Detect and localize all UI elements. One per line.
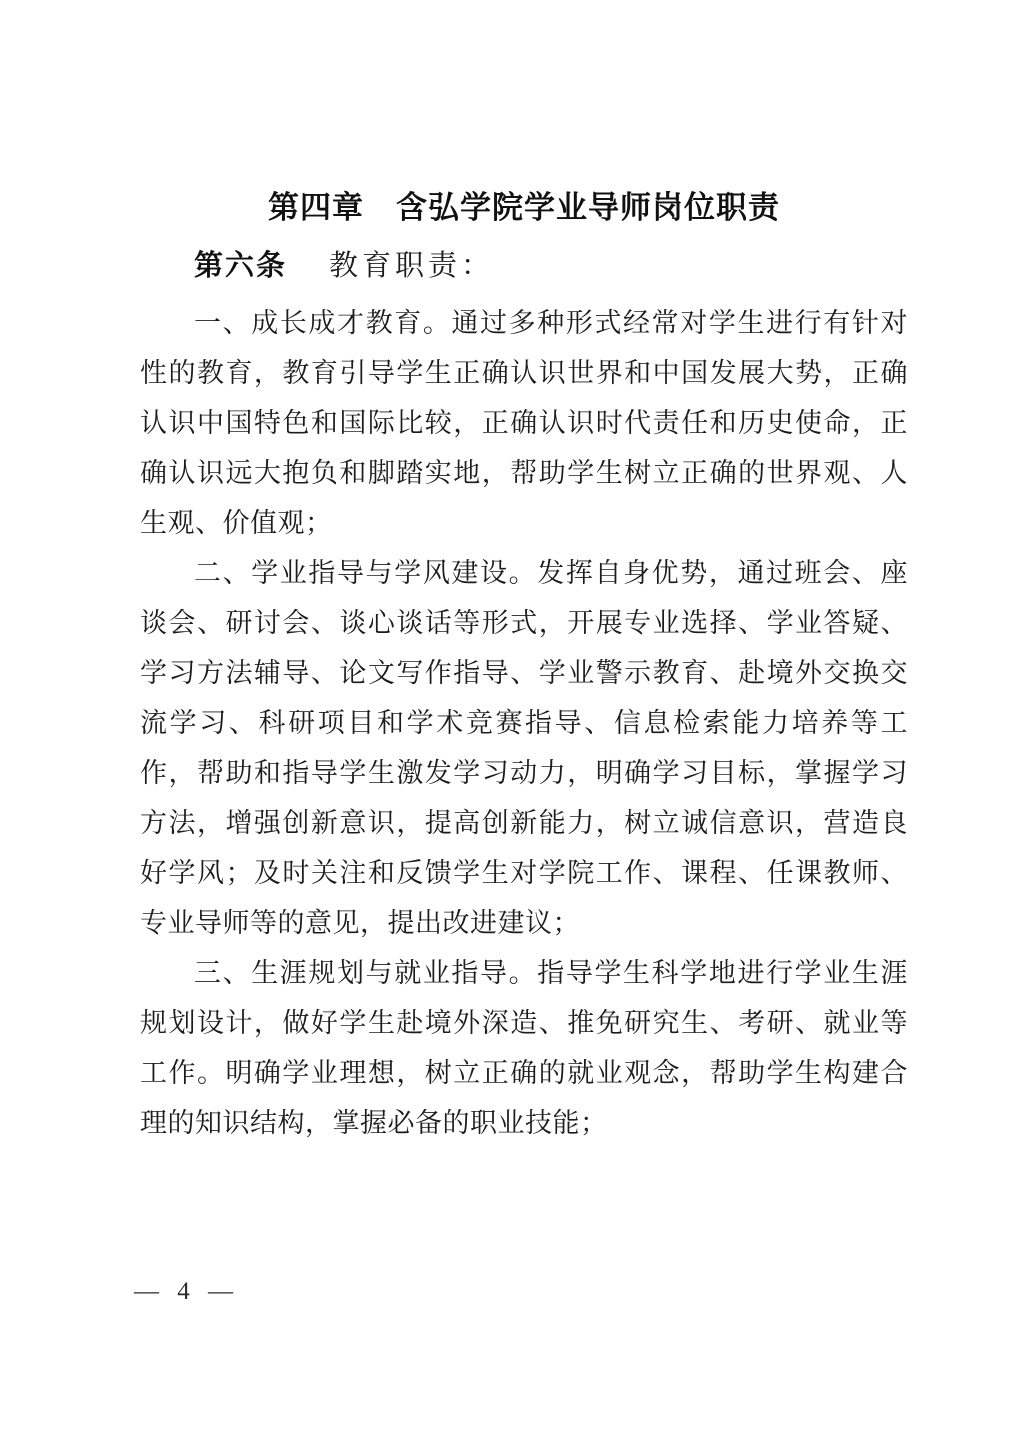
document-page: 第四章 含弘学院学业导师岗位职责 第六条教育职责： 一、成长成才教育。通过多种形… (0, 0, 1024, 1447)
article-heading: 第六条教育职责： (140, 245, 908, 287)
paragraph-item-1: 一、成长成才教育。通过多种形式经常对学生进行有针对性的教育，教育引导学生正确认识… (140, 298, 908, 548)
article-number-label: 第六条 (194, 250, 287, 282)
paragraph-item-2: 二、学业指导与学风建设。发挥自身优势，通过班会、座谈会、研讨会、谈心谈话等形式，… (140, 548, 908, 948)
paragraph-item-3: 三、生涯规划与就业指导。指导学生科学地进行学业生涯规划设计，做好学生赴境外深造、… (140, 948, 908, 1148)
document-content: 第四章 含弘学院学业导师岗位职责 第六条教育职责： 一、成长成才教育。通过多种形… (140, 0, 908, 1148)
article-body: 一、成长成才教育。通过多种形式经常对学生进行有针对性的教育，教育引导学生正确认识… (140, 298, 908, 1148)
article-title-text: 教育职责： (329, 250, 494, 282)
chapter-title: 第四章 含弘学院学业导师岗位职责 (140, 188, 908, 228)
page-number: — 4 — (134, 1278, 239, 1306)
